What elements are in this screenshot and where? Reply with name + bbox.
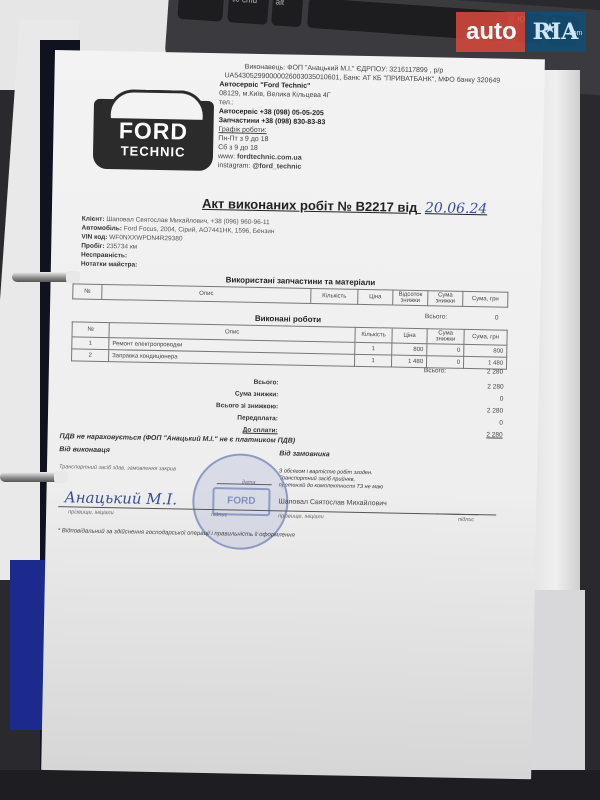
key: ⌘ cmd xyxy=(227,0,269,25)
to-pay-value: 2 280 xyxy=(463,431,503,439)
vin-value: WF0NXXWPDN4R29380 xyxy=(109,234,182,242)
col-description: Опис xyxy=(102,284,311,303)
key: alt xyxy=(271,0,303,27)
parts-total-label: Всього: xyxy=(425,313,447,320)
col-no: № xyxy=(73,284,102,300)
key: start xyxy=(177,0,224,22)
customer-signature-line xyxy=(436,513,496,515)
watermark-suffix: .com xyxy=(567,14,582,54)
row-no: 2 xyxy=(72,349,109,362)
col-qty: Кількість xyxy=(355,327,392,343)
schedule-saturday: Сб з 9 до 18 xyxy=(218,144,258,152)
watermark-ria: ★ RIA .com xyxy=(525,12,587,52)
car-value: Ford Focus, 2004, Сірий, АО7441НК, 1596,… xyxy=(124,225,275,235)
client-label: Клієнт: xyxy=(82,216,105,223)
parts-table: № Опис Кількість Ціна Відсоток знижки Су… xyxy=(72,283,508,307)
row-no: 1 xyxy=(72,337,109,350)
total-label: Всього: xyxy=(179,377,279,386)
row-sum: 800 xyxy=(464,344,507,357)
executor-sign-caption: підпис xyxy=(211,512,227,518)
executor-caption: прізвище, ініціали xyxy=(68,509,114,516)
row-discount: 0 xyxy=(427,344,464,357)
vat-note: ПДВ не нараховується (ФОП "Анацький М.І.… xyxy=(60,433,296,445)
customer-caption: прізвище, ініціали xyxy=(278,513,324,520)
col-price: Ціна xyxy=(392,328,427,344)
works-total-label: Всього: xyxy=(424,367,446,374)
watermark-auto: auto xyxy=(456,12,525,52)
parts-table-title: Використані запчастини та матеріали xyxy=(226,275,376,287)
service-act-document: Виконавець: ФОП "Анацький М.І." ЄДРПОУ: … xyxy=(41,50,545,779)
notes-row: Нотатки майстра: xyxy=(81,261,138,269)
col-discount-pct: Відсоток знижки xyxy=(393,290,428,306)
www-label: www: xyxy=(218,153,235,160)
star-icon: ★ xyxy=(545,8,556,48)
service-phone: Автосервіс +38 (098) 05-05-205 xyxy=(219,108,324,117)
works-table-title: Виконані роботи xyxy=(255,314,321,324)
total-with-discount-label: Всього зі знижкою: xyxy=(178,401,278,410)
discount-label: Сума знижки: xyxy=(178,389,278,398)
instagram-label: instagram: xyxy=(218,162,251,170)
mileage-row: Пробіг: 235734 км xyxy=(81,243,137,251)
vin-row: VIN код: WF0NXXWPDN4R29380 xyxy=(81,234,182,243)
prepayment-value: 0 xyxy=(463,419,503,427)
parts-total-value: 0 xyxy=(495,314,499,321)
website-link[interactable]: fordtechnic.com.ua xyxy=(237,154,302,162)
works-table: № Опис Кількість Ціна Сума знижки Сума, … xyxy=(71,321,508,369)
col-price: Ціна xyxy=(358,289,393,305)
customer-name: Шаповал Святослав Михайлович xyxy=(278,498,387,507)
act-title: Акт виконаних робіт № B2217 від 20.06.24 xyxy=(202,196,488,217)
parts-phone: Запчастини +38 (098) 830-83-83 xyxy=(219,117,326,126)
car-label: Автомобіль: xyxy=(82,225,123,233)
notes-label: Нотатки майстра: xyxy=(81,261,138,269)
discount-value: 0 xyxy=(463,395,503,403)
row-sum: 1 480 xyxy=(463,356,506,369)
col-no: № xyxy=(72,322,109,338)
autoria-watermark: auto ★ RIA .com xyxy=(456,12,586,52)
ford-technic-logo: FORD TECHNIC xyxy=(93,99,214,171)
from-customer-heading: Від замовника xyxy=(279,450,330,458)
row-qty: 1 xyxy=(355,342,392,355)
phone-label: тел.: xyxy=(219,99,234,106)
fault-row: Несправність: xyxy=(81,252,127,260)
binder-cover xyxy=(10,560,45,730)
car-icon xyxy=(108,89,207,120)
row-price: 1 480 xyxy=(391,355,426,368)
logo-text-technic: TECHNIC xyxy=(93,143,213,160)
vin-label: VIN код: xyxy=(81,234,107,241)
to-pay-label: До сплати: xyxy=(178,425,278,434)
mileage-label: Пробіг: xyxy=(81,243,104,250)
executor-signature: Анацький М.І. xyxy=(64,488,177,508)
customer-statement-3: претензій до комплектності ТЗ не маю xyxy=(279,482,384,490)
prepayment-label: Передплата: xyxy=(178,413,278,422)
customer-sign-caption: підпис xyxy=(458,517,474,523)
col-sum: Сума, грн xyxy=(463,291,508,307)
fault-label: Несправність: xyxy=(81,252,127,260)
act-title-text: Акт виконаних робіт № B2217 від xyxy=(202,196,418,215)
from-executor-heading: Від виконавця xyxy=(59,446,110,454)
handwritten-date: 20.06.24 xyxy=(425,200,488,217)
col-discount-sum: Сума знижки xyxy=(427,329,464,345)
binder-ring-bottom xyxy=(0,472,62,482)
col-sum: Сума, грн xyxy=(464,329,507,345)
company-address: 08129, м.Київ, Велика Кільцева 4Г xyxy=(219,90,331,99)
executor-statement: Транспортний засіб здав, замовлення закр… xyxy=(59,464,176,472)
row-price: 800 xyxy=(392,343,427,356)
row-qty: 1 xyxy=(354,354,391,367)
logo-text-ford: FORD xyxy=(93,117,213,146)
total-with-discount-value: 2 280 xyxy=(463,407,503,415)
schedule-label: Графік роботи: xyxy=(218,126,266,134)
mileage-value: 235734 км xyxy=(106,243,137,251)
company-name: Автосервіс "Ford Technic" xyxy=(219,81,310,90)
binder-ring-top xyxy=(12,272,74,282)
schedule-weekdays: Пн-Пт з 9 до 18 xyxy=(218,135,268,143)
instagram-handle[interactable]: @ford_technic xyxy=(252,163,301,171)
col-qty: Кількість xyxy=(311,288,358,304)
col-discount-sum: Сума знижки xyxy=(428,291,463,307)
total-value: 2 280 xyxy=(464,383,504,391)
works-total-value: 2 280 xyxy=(487,368,503,375)
